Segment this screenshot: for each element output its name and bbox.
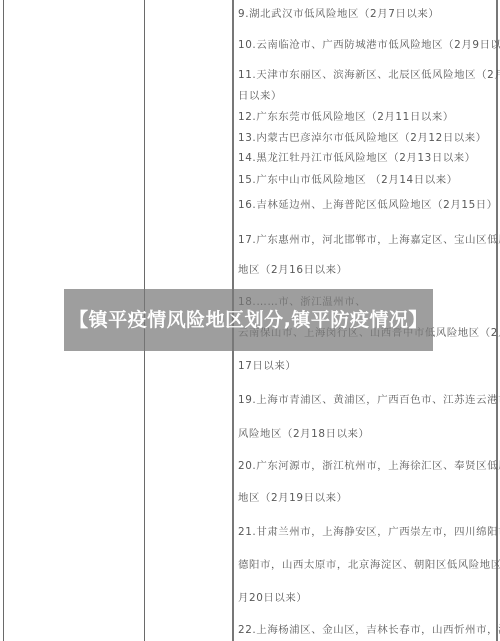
list-line: 19.上海市青浦区、黄浦区，广西百色市、江苏连云港市低 — [238, 394, 500, 406]
list-line: 14.黑龙江牡丹江市低风险地区（2月13日以来） — [238, 152, 476, 164]
title-overlay-banner: 【镇平疫情风险地区划分,镇平防疫情况】 — [64, 289, 433, 351]
list-line: 22.上海杨浦区、金山区，吉林长春市，山西忻州市，河北 — [238, 624, 500, 636]
list-line: 德阳市，山西太原市，北京海淀区、朝阳区低风险地区（2 — [238, 559, 500, 571]
list-line: 13.内蒙古巴彦淖尔市低风险地区（2月12日以来） — [238, 132, 487, 144]
list-line: 17.广东惠州市，河北邯郸市，上海嘉定区、宝山区低风险 — [238, 234, 500, 246]
list-line: 17日以来） — [238, 360, 296, 372]
list-line: 15.广东中山市低风险地区 （2月14日以来） — [238, 174, 458, 186]
list-line: 12.广东东莞市低风险地区（2月11日以来） — [238, 111, 454, 123]
list-line: 地区（2月16日以来） — [238, 264, 348, 276]
article-title: 【镇平疫情风险地区划分,镇平防疫情况】 — [69, 309, 429, 332]
list-line: 20.广东河源市，浙江杭州市，上海徐汇区、奉贤区低风险 — [238, 460, 500, 472]
list-line: 16.吉林延边州、上海普陀区低风险地区（2月15日） — [238, 199, 498, 211]
list-line: 9.湖北武汉市低风险地区（2月7日以来） — [238, 8, 439, 20]
list-line: 21.甘肃兰州市，上海静安区，广西崇左市，四川绵阳市、 — [238, 526, 500, 538]
list-line: 10.云南临沧市、广西防城港市低风险地区（2月9日以来） — [238, 39, 500, 51]
list-line: 日以来） — [238, 90, 282, 102]
list-line: 11.天津市东丽区、滨海新区、北辰区低风险地区（2月10 — [238, 69, 500, 81]
list-line: 风险地区（2月18日以来） — [238, 428, 370, 440]
list-line: 地区（2月19日以来） — [238, 492, 348, 504]
table-border-left — [3, 0, 4, 641]
table-border-right — [496, 0, 498, 641]
list-line: 月20日以来） — [238, 592, 307, 604]
